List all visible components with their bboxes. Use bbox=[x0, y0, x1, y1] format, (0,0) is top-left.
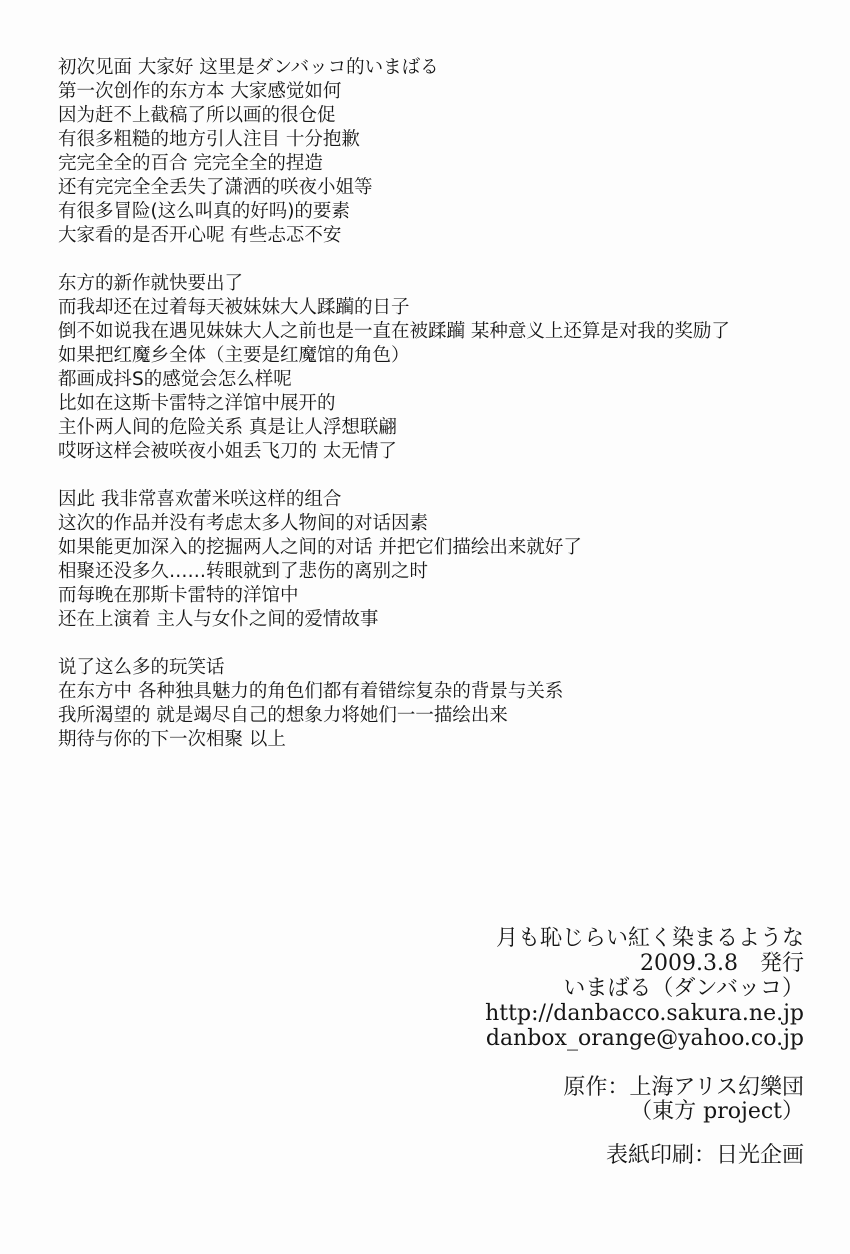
text-line: 而我却还在过着每天被妹妹大人蹂躏的日子 bbox=[58, 296, 818, 320]
text-line: 有很多粗糙的地方引人注目 十分抱歉 bbox=[58, 128, 818, 152]
text-line: 相聚还没多久……转眼就到了悲伤的离别之时 bbox=[58, 560, 818, 584]
text-line: 因为赶不上截稿了所以画的很仓促 bbox=[58, 104, 818, 128]
text-line: 第一次创作的东方本 大家感觉如何 bbox=[58, 80, 818, 104]
text-line: 比如在这斯卡雷特之洋馆中展开的 bbox=[58, 392, 818, 416]
text-line: 初次见面 大家好 这里是ダンバッコ的いまばる bbox=[58, 56, 818, 80]
afterword-paragraph-1: 初次见面 大家好 这里是ダンバッコ的いまばる 第一次创作的东方本 大家感觉如何 … bbox=[58, 56, 818, 248]
text-line: 东方的新作就快要出了 bbox=[58, 272, 818, 296]
original-work-subtitle: （東方 project） bbox=[563, 1100, 804, 1124]
text-line: 都画成抖S的感觉会怎么样呢 bbox=[58, 368, 818, 392]
text-line: 倒不如说我在遇见妹妹大人之前也是一直在被蹂躏 某种意义上还算是对我的奖励了 bbox=[58, 320, 818, 344]
text-line: 在东方中 各种独具魅力的角色们都有着错综复杂的背景与关系 bbox=[58, 680, 818, 704]
contact-email: danbox_orange@yahoo.co.jp bbox=[485, 1026, 804, 1051]
afterword-text: 初次见面 大家好 这里是ダンバッコ的いまばる 第一次创作的东方本 大家感觉如何 … bbox=[58, 56, 818, 776]
text-line: 说了这么多的玩笑话 bbox=[58, 656, 818, 680]
spacer bbox=[563, 1124, 804, 1144]
text-line: 还在上演着 主人与女仆之间的爱情故事 bbox=[58, 608, 818, 632]
text-line: 因此 我非常喜欢蕾米咲这样的组合 bbox=[58, 488, 818, 512]
website-url: http://danbacco.sakura.ne.jp bbox=[485, 1001, 804, 1026]
publication-date: 2009.3.8 発行 bbox=[485, 951, 804, 976]
colophon: 月も恥じらい紅く染まるような 2009.3.8 発行 いまばる（ダンバッコ） h… bbox=[485, 926, 804, 1051]
text-line: 如果把红魔乡全体（主要是红魔馆的角色） bbox=[58, 344, 818, 368]
cover-printing-credit: 表紙印刷：日光企画 bbox=[563, 1144, 804, 1168]
text-line: 大家看的是否开心呢 有些忐忑不安 bbox=[58, 224, 818, 248]
text-line: 如果能更加深入的挖掘两人之间的对话 并把它们描绘出来就好了 bbox=[58, 536, 818, 560]
credits: 原作：上海アリス幻樂団 （東方 project） 表紙印刷：日光企画 bbox=[563, 1076, 804, 1168]
author-name: いまばる（ダンバッコ） bbox=[485, 976, 804, 1001]
book-title: 月も恥じらい紅く染まるような bbox=[485, 926, 804, 951]
afterword-paragraph-4: 说了这么多的玩笑话 在东方中 各种独具魅力的角色们都有着错综复杂的背景与关系 我… bbox=[58, 656, 818, 752]
text-line: 有很多冒险(这么叫真的好吗)的要素 bbox=[58, 200, 818, 224]
text-line: 完完全全的百合 完完全全的捏造 bbox=[58, 152, 818, 176]
text-line: 还有完完全全丢失了潇洒的咲夜小姐等 bbox=[58, 176, 818, 200]
text-line: 主仆两人间的危险关系 真是让人浮想联翩 bbox=[58, 416, 818, 440]
text-line: 我所渴望的 就是竭尽自己的想象力将她们一一描绘出来 bbox=[58, 704, 818, 728]
text-line: 哎呀这样会被咲夜小姐丢飞刀的 太无情了 bbox=[58, 440, 818, 464]
original-work-credit: 原作：上海アリス幻樂団 bbox=[563, 1076, 804, 1100]
text-line: 期待与你的下一次相聚 以上 bbox=[58, 728, 818, 752]
afterword-paragraph-3: 因此 我非常喜欢蕾米咲这样的组合 这次的作品并没有考虑太多人物间的对话因素 如果… bbox=[58, 488, 818, 632]
text-line: 这次的作品并没有考虑太多人物间的对话因素 bbox=[58, 512, 818, 536]
book-page: 初次见面 大家好 这里是ダンバッコ的いまばる 第一次创作的东方本 大家感觉如何 … bbox=[0, 0, 850, 1254]
afterword-paragraph-2: 东方的新作就快要出了 而我却还在过着每天被妹妹大人蹂躏的日子 倒不如说我在遇见妹… bbox=[58, 272, 818, 464]
text-line: 而每晚在那斯卡雷特的洋馆中 bbox=[58, 584, 818, 608]
